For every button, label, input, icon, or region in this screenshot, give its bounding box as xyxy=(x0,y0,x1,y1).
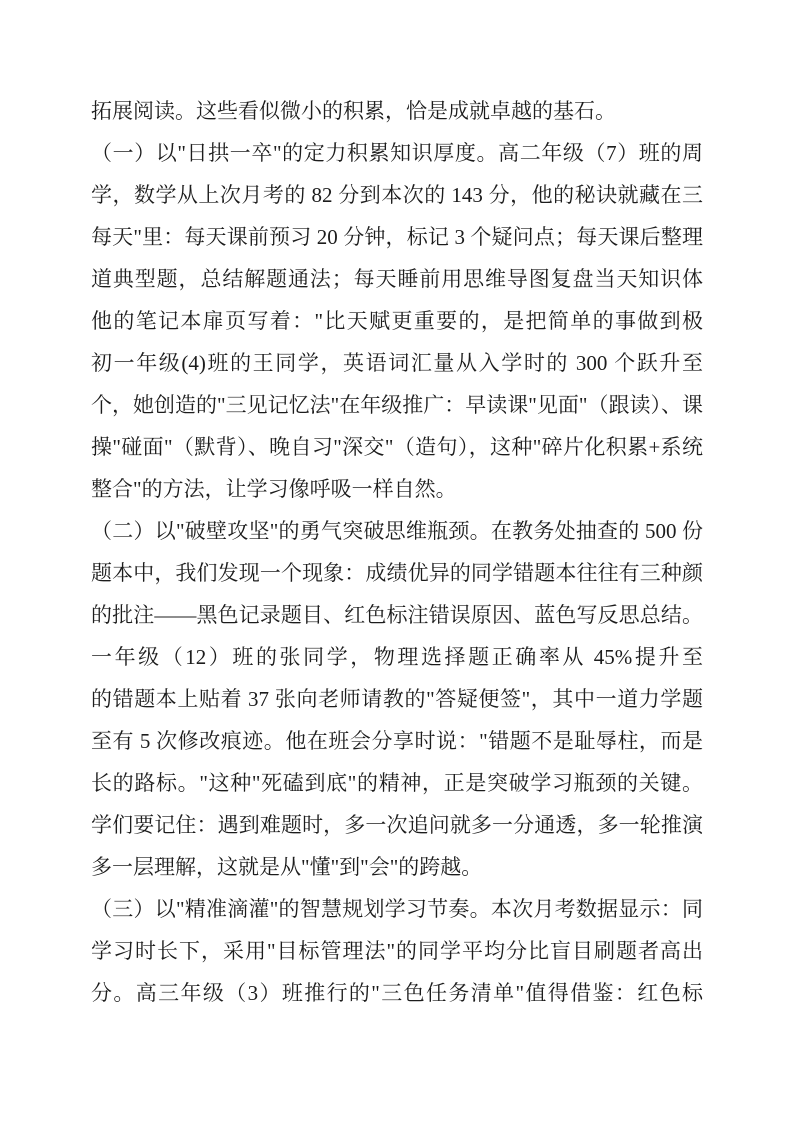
paragraph-section-three: （三）以"精准滴灌"的智慧规划学习节奏。本次月考数据显示：同等 学习时长下，采用… xyxy=(91,888,703,1014)
text-line: 的批注——黑色记录题目、红色标注错误原因、蓝色写反思总结。高 xyxy=(91,594,703,636)
text-line: 多一层理解，这就是从"懂"到"会"的跨越。 xyxy=(91,846,703,888)
text-line: 他的笔记本扉页写着："比天赋更重要的，是把简单的事做到极致。" xyxy=(91,300,703,342)
text-line: 每天"里：每天课前预习 20 分钟，标记 3 个疑问点；每天课后整理 5 xyxy=(91,216,703,258)
document-body: 拓展阅读。这些看似微小的积累，恰是成就卓越的基石。 （一）以"日拱一卒"的定力积… xyxy=(91,90,703,1014)
text-line: 分。高三年级（3）班推行的"三色任务清单"值得借鉴：红色标注"必 xyxy=(91,972,703,1014)
text-line: 题本中，我们发现一个现象：成绩优异的同学错题本往往有三种颜色 xyxy=(91,552,703,594)
text-line: 初一年级(4)班的王同学，英语词汇量从入学时的 300 个跃升至 1200 xyxy=(91,342,703,384)
text-line: （三）以"精准滴灌"的智慧规划学习节奏。本次月考数据显示：同等 xyxy=(91,888,703,930)
text-line: 一年级（12）班的张同学，物理选择题正确率从 45%提升至 92%，他 xyxy=(91,636,703,678)
text-line: 操"碰面"（默背）、晚自习"深交"（造句），这种"碎片化积累+系统化 xyxy=(91,426,703,468)
text-line: 长的路标。"这种"死磕到底"的精神，正是突破学习瓶颈的关键。同 xyxy=(91,762,703,804)
text-line: 整合"的方法，让学习像呼吸一样自然。 xyxy=(91,468,703,510)
text-line: （二）以"破壁攻坚"的勇气突破思维瓶颈。在教务处抽查的 500 份错 xyxy=(91,510,703,552)
text-line: 学们要记住：遇到难题时，多一次追问就多一分通透，多一轮推演就 xyxy=(91,804,703,846)
paragraph: 拓展阅读。这些看似微小的积累，恰是成就卓越的基石。 xyxy=(91,90,703,132)
document-page: 拓展阅读。这些看似微小的积累，恰是成就卓越的基石。 （一）以"日拱一卒"的定力积… xyxy=(0,0,793,1122)
text-line: 个，她创造的"三见记忆法"在年级推广：早读课"见面"（跟读）、课间 xyxy=(91,384,703,426)
paragraph-section-one: （一）以"日拱一卒"的定力积累知识厚度。高二年级（7）班的周同 学，数学从上次月… xyxy=(91,132,703,510)
text-line: （一）以"日拱一卒"的定力积累知识厚度。高二年级（7）班的周同 xyxy=(91,132,703,174)
text-line: 拓展阅读。这些看似微小的积累，恰是成就卓越的基石。 xyxy=(91,90,703,132)
text-line: 学习时长下，采用"目标管理法"的同学平均分比盲目刷题者高出 28.5 xyxy=(91,930,703,972)
text-line: 学，数学从上次月考的 82 分到本次的 143 分，他的秘诀就藏在三个" xyxy=(91,174,703,216)
text-line: 至有 5 次修改痕迹。他在班会分享时说："错题不是耻辱柱，而是成 xyxy=(91,720,703,762)
text-line: 道典型题，总结解题通法；每天睡前用思维导图复盘当天知识体系。 xyxy=(91,258,703,300)
text-line: 的错题本上贴着 37 张向老师请教的"答疑便签"，其中一道力学题甚 xyxy=(91,678,703,720)
paragraph-section-two: （二）以"破壁攻坚"的勇气突破思维瓶颈。在教务处抽查的 500 份错 题本中，我… xyxy=(91,510,703,888)
